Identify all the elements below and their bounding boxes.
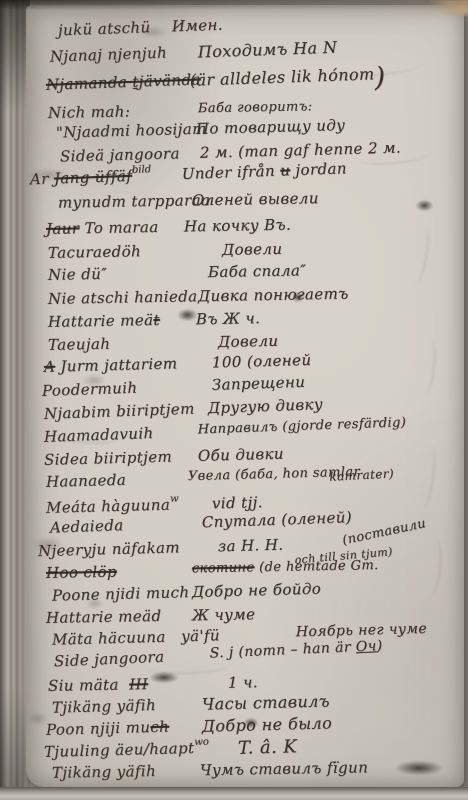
- native-phrase: Meáta hàguunaw: [46, 495, 179, 516]
- native-phrase: Tjuuling äeu/haaptwo: [44, 739, 210, 761]
- gloss-phrase: По товарищу иду: [196, 116, 346, 138]
- native-phrase: Tacuraedöh: [48, 242, 141, 262]
- gloss-phrase: Оби дивки: [198, 445, 284, 465]
- native-phrase: Nie atschi hanieda: [48, 287, 198, 308]
- gloss-phrase: 100 (оленей: [212, 351, 312, 372]
- native-phrase: A Jurm jattariem: [44, 354, 178, 375]
- native-phrase: Njanaj njenjuh: [50, 44, 168, 66]
- gloss-phrase: Довели: [222, 240, 283, 259]
- native-phrase: Tjikäng yäfih: [52, 696, 157, 717]
- native-phrase: Poon njiji much: [46, 718, 170, 739]
- native-phrase: Hattarie meät: [48, 311, 160, 331]
- native-phrase: Jaur To maraa: [46, 218, 159, 238]
- native-phrase: Sidea biiriptjem: [44, 448, 173, 469]
- notebook-photo: jukü atschüИмен.Njanaj njenjuhПоходимъ Н…: [0, 0, 468, 800]
- gloss-phrase: Чумъ ставилъ fïgun: [200, 758, 369, 779]
- superscript-note: wo: [194, 737, 209, 748]
- gloss-phrase: (är alldeles lik hónom): [190, 64, 386, 90]
- superscript-note: bild: [132, 164, 152, 176]
- gloss-phrase: Спутала (оленей): [202, 508, 353, 531]
- native-phrase: Tjikäng yäfih: [52, 762, 156, 782]
- native-phrase: Nich mah:: [48, 102, 131, 121]
- gloss-phrase: Ж чуме: [192, 605, 256, 624]
- native-phrase: Siu mäta III: [48, 675, 148, 695]
- gloss-phrase: Запрещени: [212, 373, 306, 394]
- gloss-phrase: Оленей вывели: [192, 189, 319, 209]
- native-phrase: Hattarie meäd: [46, 607, 162, 627]
- manuscript-line: mynudm tarpparaaОленей вывели: [0, 187, 468, 217]
- gloss-phrase: Добро не было: [202, 713, 333, 735]
- gloss-phrase: kamrater): [329, 466, 394, 483]
- native-phrase: Haamadavuih: [44, 424, 154, 446]
- gloss-phrase: Часы ставилъ: [202, 691, 330, 713]
- native-phrase: Nie dü″: [48, 265, 108, 284]
- gloss-phrase: Походимъ На N: [198, 38, 338, 62]
- gloss-phrase: Баба говоритъ:: [198, 99, 313, 116]
- gloss-phrase: Дивка понюгаетъ: [198, 285, 349, 306]
- native-phrase: "Njaadmi hoosijam: [56, 120, 207, 142]
- gloss-phrase: Другую дивку: [208, 395, 324, 417]
- native-phrase: Side jangoora: [54, 648, 165, 671]
- gloss-phrase: Довели: [218, 332, 279, 351]
- native-phrase: mynudm tarpparaa: [58, 191, 211, 212]
- native-phrase: Aedaieda: [50, 516, 124, 537]
- native-phrase: Sideä jangoora: [60, 144, 180, 165]
- gloss-phrase: На кочку Въ.: [184, 216, 291, 236]
- native-phrase: Ar Jang üffäfbild: [30, 166, 152, 188]
- native-phrase: Poodermuih: [42, 379, 138, 400]
- native-phrase: Taeujah: [48, 335, 111, 354]
- native-phrase: Njeeryju näfakam: [38, 538, 180, 560]
- gloss-phrase: T. â. K: [238, 736, 298, 759]
- native-phrase: jukü atschü: [58, 18, 151, 39]
- gloss-phrase: 1 ч.: [228, 673, 258, 692]
- gloss-phrase: Баба спала″: [208, 261, 307, 281]
- gloss-phrase: Имен.: [172, 16, 224, 36]
- handwriting-layer: jukü atschüИмен.Njanaj njenjuhПоходимъ Н…: [0, 0, 468, 800]
- superscript-note: w: [170, 493, 179, 504]
- native-phrase: Njamanda ṯjävända: [46, 70, 201, 93]
- gloss-phrase: vid tjj.: [212, 493, 263, 512]
- native-phrase: Njaabim biiriptjem: [44, 400, 195, 423]
- gloss-phrase: Въ Ж ч.: [196, 309, 261, 328]
